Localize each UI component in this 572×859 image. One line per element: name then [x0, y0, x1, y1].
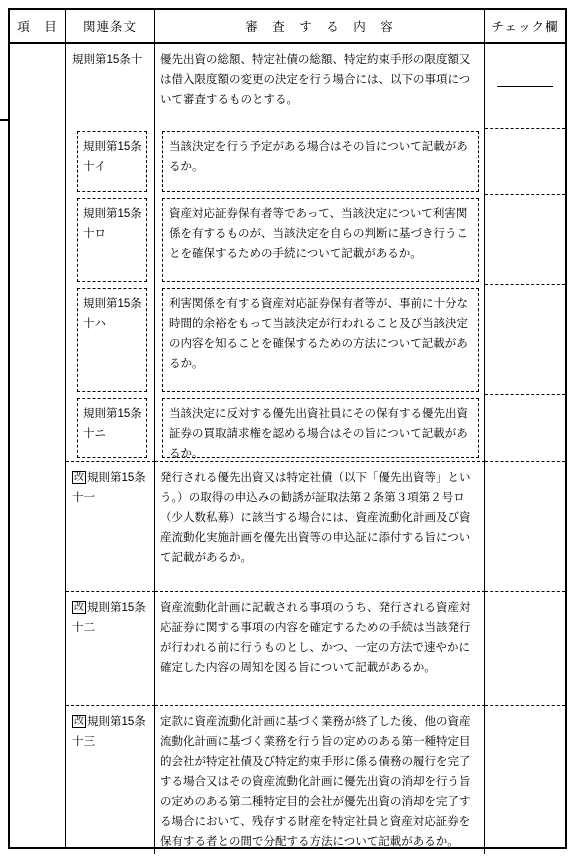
content-text: 発行される優先出資又は特定社債（以下「優先出資等」という。）の取得の申込みの勧誘…: [155, 462, 484, 570]
table-body: 規則第15条十 優先出資の総額、特定社債の総額、特定約束手形の限度額又は借入限度…: [10, 44, 565, 847]
check-cell: [485, 705, 565, 854]
article-cell: 規則第15条十: [66, 44, 155, 128]
amendment-mark: 改: [72, 471, 86, 484]
article-text-line2: 十三: [72, 732, 150, 752]
article-dashed-box: 規則第15条 十ニ: [77, 398, 147, 458]
table-row: 改規則第15条 十二 資産流動化計画に記載される事項のうち、発行される資産対応証…: [66, 591, 565, 705]
article-dashed-box: 規則第15条 十イ: [77, 131, 147, 192]
content-cell: 資産流動化計画に記載される事項のうち、発行される資産対応証券に関する事項の内容を…: [155, 591, 485, 705]
content-cell: 当該決定を行う予定がある場合はその旨について記載があるか。: [155, 128, 485, 195]
article-text-line2: 十一: [72, 488, 150, 508]
article-text-line2: 十二: [72, 618, 150, 638]
content-cell: 利害関係を有する資産対応証券保有者等が、事前に十分な時間的余裕をもって当該決定が…: [155, 285, 485, 395]
review-checklist-table: 項 目 関連条文 審 査 す る 内 容 チェック欄 規則第15条十 優先出資の…: [8, 8, 567, 849]
content-cell: 資産対応証券保有者等であって、当該決定について利害関係を有するものが、当該決定を…: [155, 195, 485, 285]
amendment-mark: 改: [72, 715, 86, 728]
article-cell: 規則第15条 十ロ: [66, 195, 155, 285]
article-dashed-box: 規則第15条 十ハ: [77, 288, 147, 392]
column-header-review-content: 審 査 す る 内 容: [155, 10, 485, 42]
article-text: 改規則第15条 十二: [66, 592, 154, 640]
article-text: 改規則第15条 十三: [66, 706, 154, 754]
content-cell: 定款に資産流動化計画に基づく業務が終了した後、他の資産流動化計画に基づく業務を行…: [155, 705, 485, 854]
article-text-line1: 改規則第15条: [72, 598, 150, 618]
item-column-empty-cell: [10, 44, 66, 847]
table-row: 規則第15条十 優先出資の総額、特定社債の総額、特定約束手形の限度額又は借入限度…: [66, 44, 565, 128]
article-cell: 規則第15条 十ハ: [66, 285, 155, 395]
table-header-row: 項 目 関連条文 審 査 す る 内 容 チェック欄: [10, 10, 565, 44]
check-cell: [485, 395, 565, 461]
article-text-line1: 改規則第15条: [72, 712, 150, 732]
content-cell: 当該決定に反対する優先出資社員にその保有する優先出資証券の買取請求権を認める場合…: [155, 395, 485, 461]
content-dashed-box: 当該決定に反対する優先出資社員にその保有する優先出資証券の買取請求権を認める場合…: [162, 398, 479, 458]
check-cell: [485, 128, 565, 195]
check-cell: [485, 591, 565, 705]
table-row: 規則第15条 十ロ 資産対応証券保有者等であって、当該決定について利害関係を有す…: [66, 195, 565, 285]
content-text: 定款に資産流動化計画に基づく業務が終了した後、他の資産流動化計画に基づく業務を行…: [155, 706, 484, 854]
check-cell: [485, 285, 565, 395]
column-header-check: チェック欄: [485, 10, 565, 42]
rows-container: 規則第15条十 優先出資の総額、特定社債の総額、特定約束手形の限度額又は借入限度…: [66, 44, 565, 847]
article-text-line1: 規則第15条: [83, 137, 143, 157]
article-text-line2: 十ハ: [83, 314, 143, 334]
content-dashed-box: 当該決定を行う予定がある場合はその旨について記載があるか。: [162, 131, 479, 192]
table-row: 改規則第15条 十三 定款に資産流動化計画に基づく業務が終了した後、他の資産流動…: [66, 705, 565, 854]
content-cell: 優先出資の総額、特定社債の総額、特定約束手形の限度額又は借入限度額の変更の決定を…: [155, 44, 485, 128]
article-text: 規則第15条十: [66, 44, 154, 72]
article-cell: 規則第15条 十ニ: [66, 395, 155, 461]
article-text-line1: 改規則第15条: [72, 468, 150, 488]
content-text: 優先出資の総額、特定社債の総額、特定約束手形の限度額又は借入限度額の変更の決定を…: [155, 44, 484, 112]
check-dash: [497, 86, 553, 87]
content-dashed-box: 利害関係を有する資産対応証券保有者等が、事前に十分な時間的余裕をもって当該決定が…: [162, 288, 479, 392]
article-text-line1: 規則第15条: [83, 204, 143, 224]
check-cell: [485, 44, 565, 128]
article-cell: 改規則第15条 十一: [66, 461, 155, 591]
article-text-line2: 十ニ: [83, 424, 143, 444]
content-cell: 発行される優先出資又は特定社債（以下「優先出資等」という。）の取得の申込みの勧誘…: [155, 461, 485, 591]
column-header-related-articles: 関連条文: [66, 10, 155, 42]
table-row: 規則第15条 十ハ 利害関係を有する資産対応証券保有者等が、事前に十分な時間的余…: [66, 285, 565, 395]
content-dashed-box: 資産対応証券保有者等であって、当該決定について利害関係を有するものが、当該決定を…: [162, 198, 479, 282]
article-text-line1: 規則第15条: [83, 294, 143, 314]
check-cell: [485, 195, 565, 285]
document-page: 項 目 関連条文 審 査 す る 内 容 チェック欄 規則第15条十 優先出資の…: [0, 0, 572, 859]
article-dashed-box: 規則第15条 十ロ: [77, 198, 147, 282]
article-text-line2: 十ロ: [83, 224, 143, 244]
table-row: 規則第15条 十ニ 当該決定に反対する優先出資社員にその保有する優先出資証券の買…: [66, 395, 565, 461]
content-text: 資産流動化計画に記載される事項のうち、発行される資産対応証券に関する事項の内容を…: [155, 592, 484, 680]
article-cell: 改規則第15条 十二: [66, 591, 155, 705]
article-text-line1: 規則第15条: [83, 404, 143, 424]
article-text-line2: 十イ: [83, 157, 143, 177]
amendment-mark: 改: [72, 601, 86, 614]
check-cell: [485, 461, 565, 591]
article-text: 改規則第15条 十一: [66, 462, 154, 510]
table-row: 改規則第15条 十一 発行される優先出資又は特定社債（以下「優先出資等」という。…: [66, 461, 565, 591]
column-header-item: 項 目: [10, 10, 66, 42]
article-cell: 規則第15条 十イ: [66, 128, 155, 195]
table-row: 規則第15条 十イ 当該決定を行う予定がある場合はその旨について記載があるか。: [66, 128, 565, 195]
article-cell: 改規則第15条 十三: [66, 705, 155, 854]
